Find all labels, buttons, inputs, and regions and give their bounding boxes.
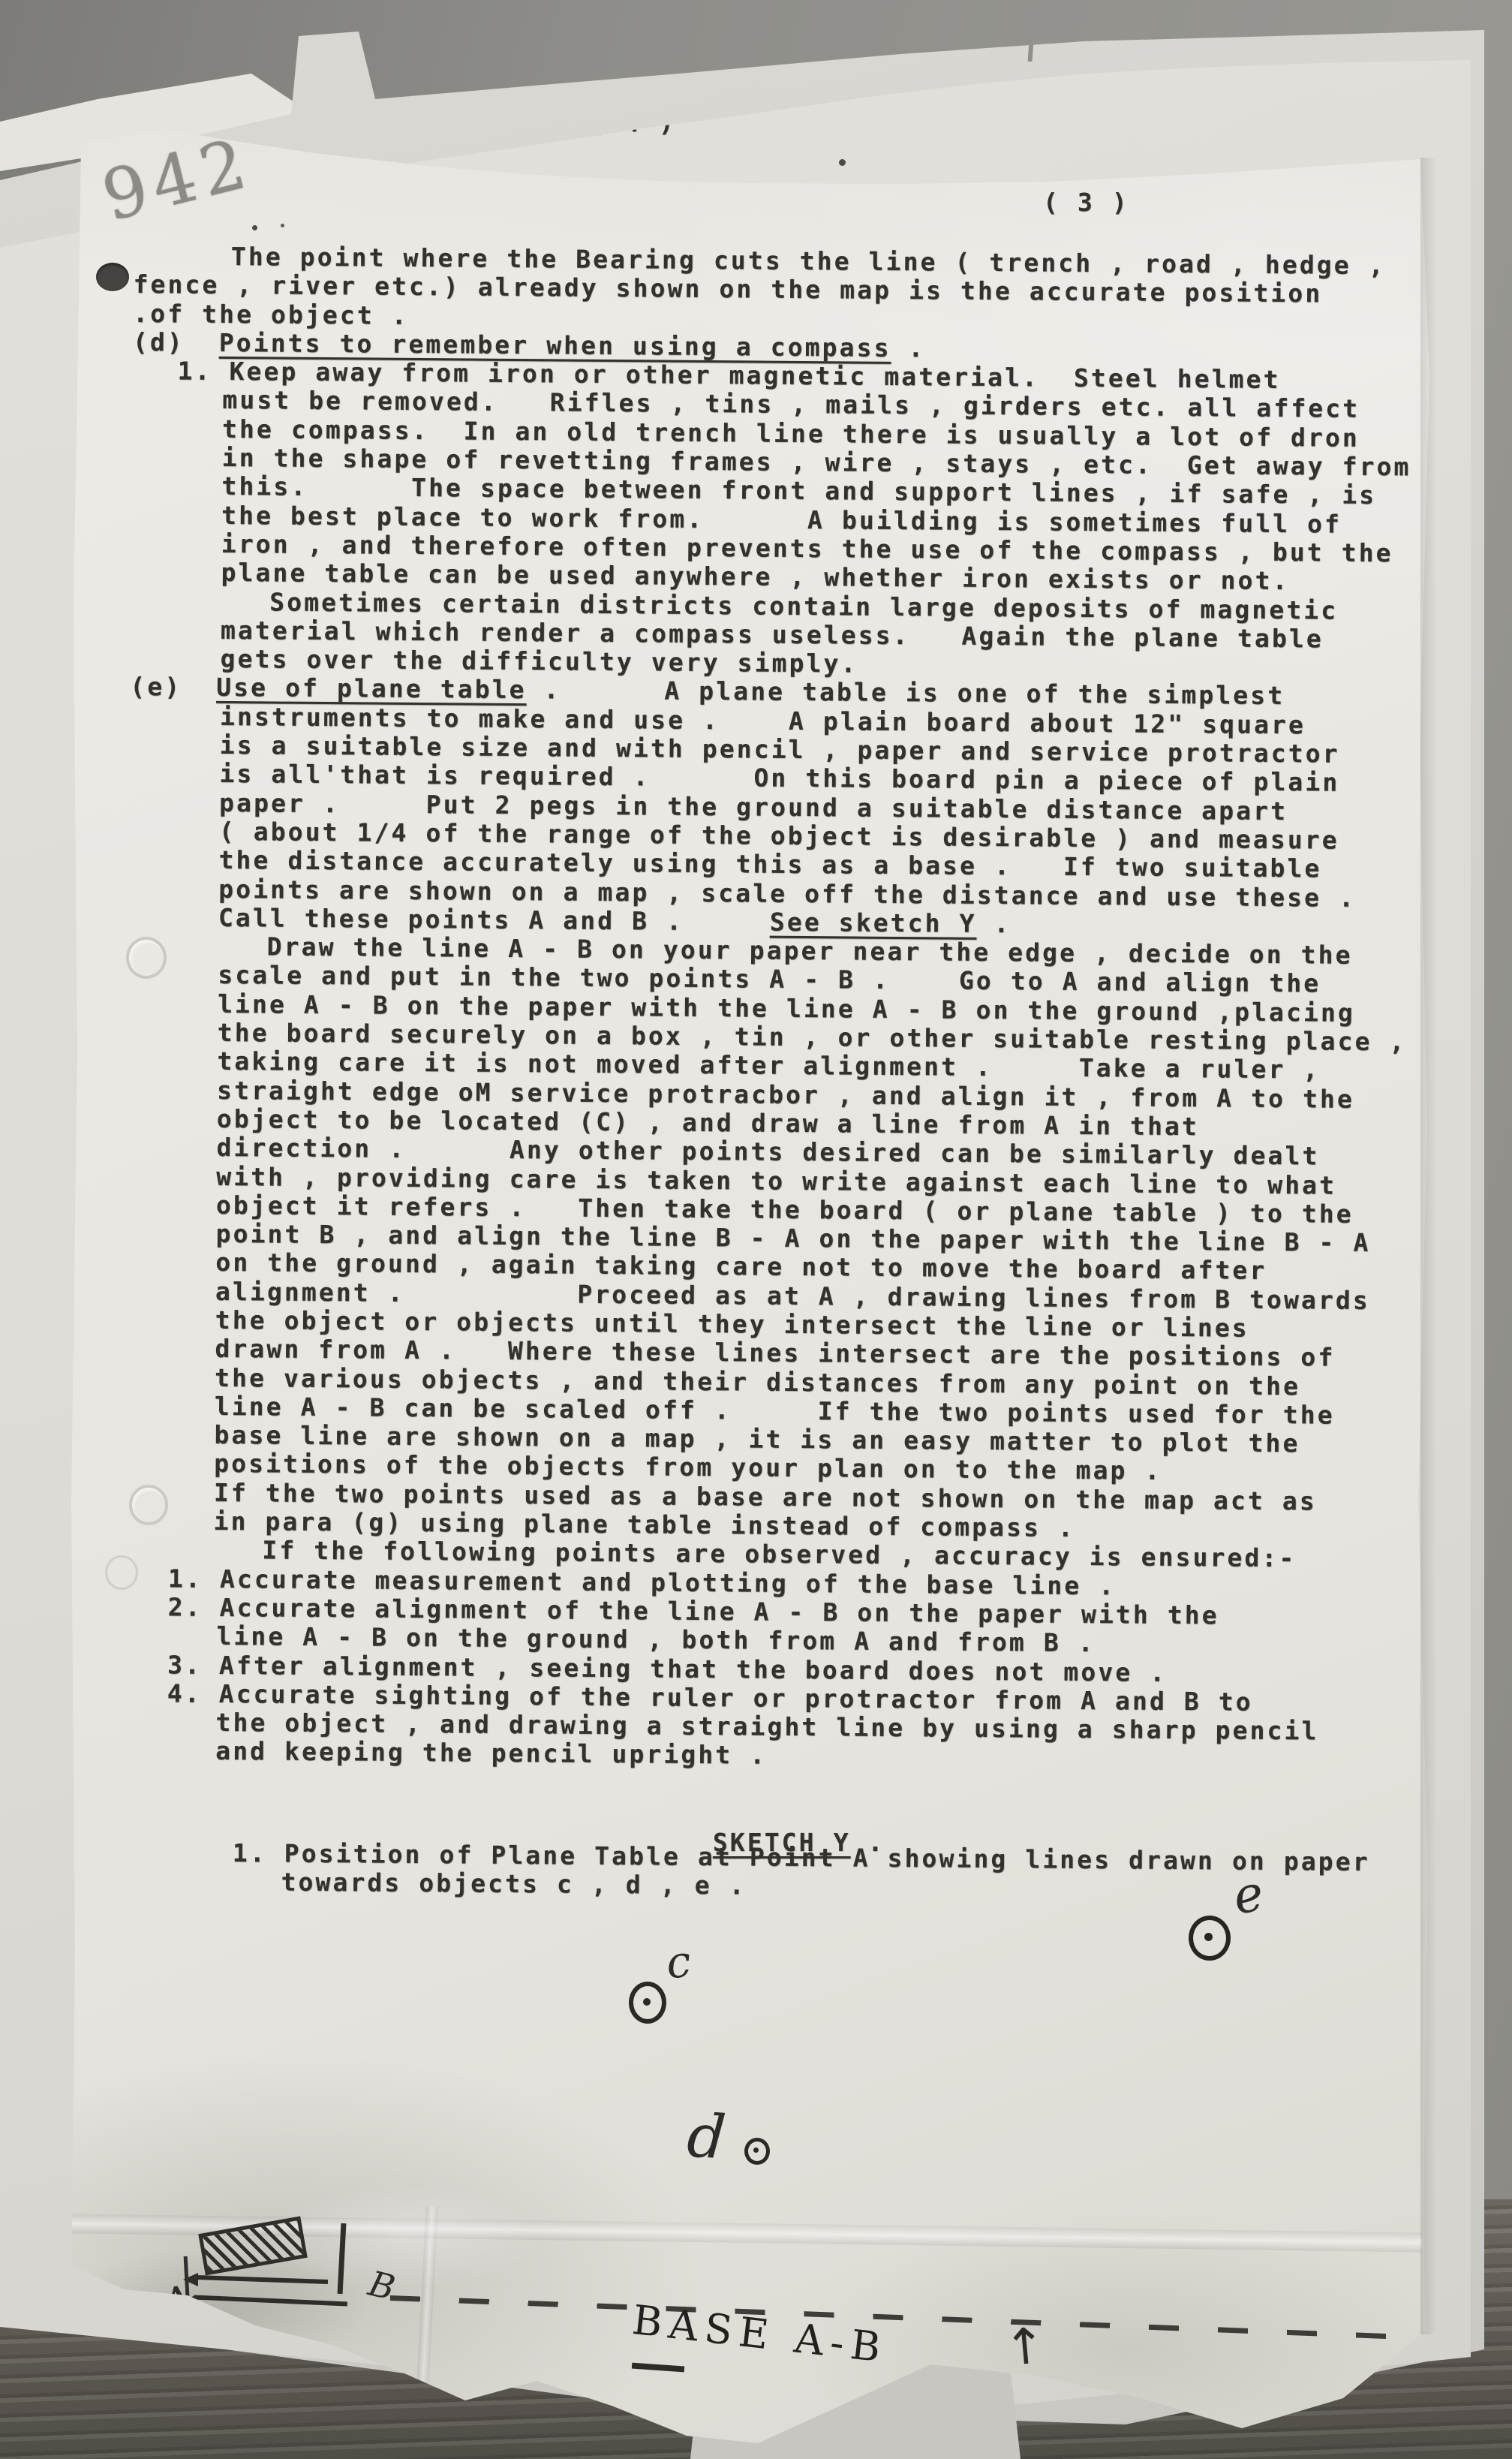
point-d-label: d	[685, 2100, 729, 2172]
sight-line-1	[197, 2275, 328, 2284]
ink-dot	[252, 225, 257, 230]
plane-table-right-stroke	[338, 2223, 347, 2294]
pen-mark-small	[270, 13, 287, 22]
photo-of-scanned-document: s 8 7 ( 4 ) 942 2 ( 3 ) The point	[0, 0, 1512, 2459]
punch-hole-dark	[96, 263, 129, 291]
typed-text-body: The point where the Bearing cuts the lin…	[122, 242, 1413, 1775]
base-label: BASE A-B	[630, 2296, 890, 2372]
north-arrow-mark: ↑	[1002, 2316, 1048, 2378]
page-3-sheet: 942 2 ( 3 ) The point where the Bearing …	[0, 0, 1512, 2459]
point-e-circle	[1189, 1916, 1231, 1961]
point-c-circle	[629, 1982, 666, 2024]
page-3-number: ( 3 )	[1043, 188, 1129, 217]
plane-table-symbol	[198, 2216, 308, 2275]
pen-mark-small-2	[278, 17, 283, 29]
sight-line-2	[194, 2295, 347, 2307]
point-c-label: c	[664, 1935, 693, 1988]
sketch-caption: 1. Position of Plane Table at Point A sh…	[133, 1837, 1369, 1905]
base-dashed-line	[390, 2295, 1492, 2343]
point-b-label: B	[365, 2263, 399, 2309]
point-d-circle	[744, 2138, 770, 2165]
pencil-squiggle: s	[991, 15, 1016, 56]
pencil-stroke-mark	[1028, 9, 1036, 62]
base-label-dash-1	[632, 2363, 684, 2373]
ink-speck	[839, 159, 846, 166]
ink-dot-2	[281, 224, 284, 227]
